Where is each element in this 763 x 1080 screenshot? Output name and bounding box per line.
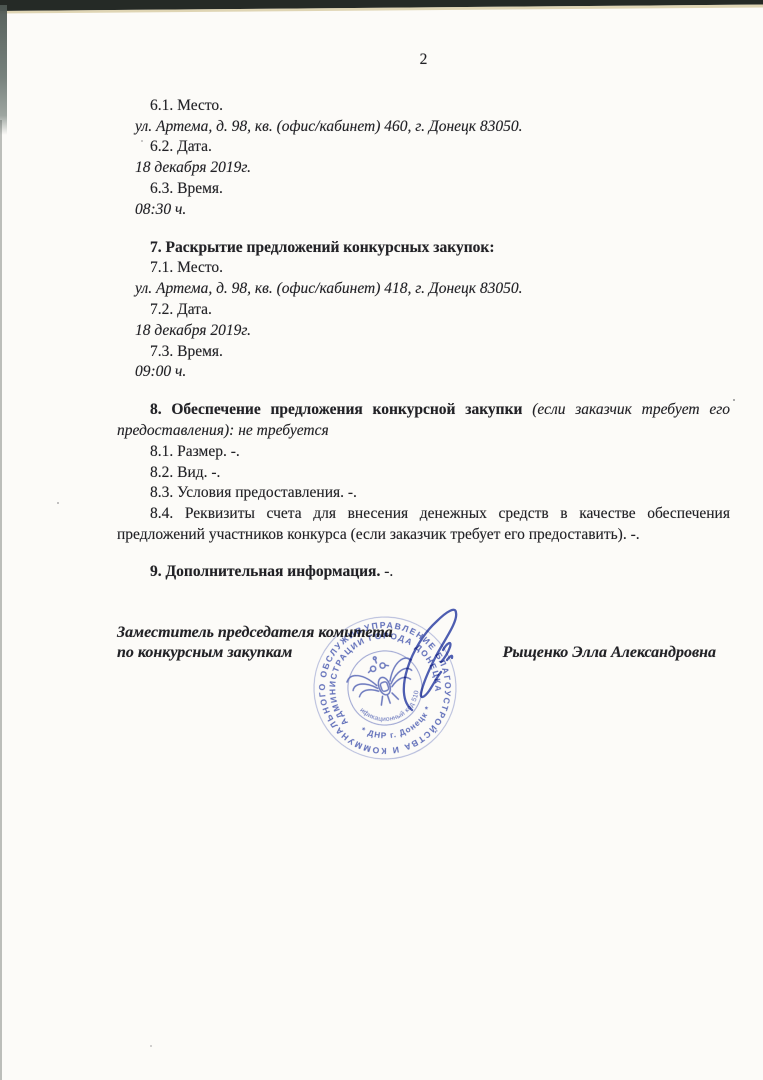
item-6-2-value: 18 декабря 2019г.: [117, 158, 730, 179]
section-9-heading-bold: 9. Дополнительная информация.: [150, 563, 380, 580]
page-number: 2: [117, 50, 730, 71]
scan-edge-left: [0, 5, 7, 135]
section-8: 8. Обеспечение предложения конкурсной за…: [117, 400, 730, 546]
section-8-heading-line2: предоставления): не требуется: [117, 421, 730, 442]
scan-speck: [150, 1045, 152, 1047]
item-7-2-value: 18 декабря 2019г.: [117, 321, 730, 342]
item-6-2-label: 6.2. Дата.: [117, 137, 730, 158]
item-8-4-line1: 8.4. Реквизиты счета для внесения денежн…: [117, 504, 730, 525]
section-9-heading: 9. Дополнительная информация. -.: [117, 562, 730, 583]
signer-name: Рыщенко Элла Александровна: [470, 643, 730, 664]
item-6-3-value: 08:30 ч.: [117, 200, 730, 221]
scan-edge-left-line: [0, 120, 2, 1080]
scan-speck: [57, 502, 59, 504]
scanned-page: 2 6.1. Место. ул. Артема, д. 98, кв. (оф…: [0, 0, 763, 1080]
section-9-tail: -.: [384, 563, 393, 580]
scan-edge-top: [0, 0, 763, 16]
section-9: 9. Дополнительная информация. -.: [117, 562, 730, 583]
item-8-1: 8.1. Размер. -.: [117, 442, 730, 463]
item-8-4-line2: предложений участников конкурса (если за…: [117, 525, 730, 546]
item-7-3-value: 09:00 ч.: [117, 362, 730, 383]
scan-speck: [141, 140, 143, 142]
section-7: 7. Раскрытие предложений конкурсных заку…: [117, 238, 730, 384]
item-7-2-label: 7.2. Дата.: [117, 300, 730, 321]
section-8-heading-italic: (если заказчик требует его: [532, 401, 730, 418]
item-6-3-label: 6.3. Время.: [117, 179, 730, 200]
section-6: 6.1. Место. ул. Артема, д. 98, кв. (офис…: [117, 96, 730, 221]
item-8-2: 8.2. Вид. -.: [117, 463, 730, 484]
section-8-heading-bold: 8. Обеспечение предложения конкурсной за…: [150, 401, 522, 418]
signature-ink-icon: [384, 596, 484, 726]
section-8-heading-line1: 8. Обеспечение предложения конкурсной за…: [117, 400, 730, 421]
item-7-1-value: ул. Артема, д. 98, кв. (офис/кабинет) 41…: [117, 279, 730, 300]
item-6-1-value: ул. Артема, д. 98, кв. (офис/кабинет) 46…: [117, 117, 730, 138]
item-8-3: 8.3. Условия предоставления. -.: [117, 483, 730, 504]
item-6-1-label: 6.1. Место.: [117, 96, 730, 117]
document-content: 2 6.1. Место. ул. Артема, д. 98, кв. (оф…: [117, 50, 730, 664]
item-7-1-label: 7.1. Место.: [117, 258, 730, 279]
section-7-heading: 7. Раскрытие предложений конкурсных заку…: [117, 238, 730, 259]
item-7-3-label: 7.3. Время.: [117, 342, 730, 363]
scan-speck: [733, 399, 735, 401]
